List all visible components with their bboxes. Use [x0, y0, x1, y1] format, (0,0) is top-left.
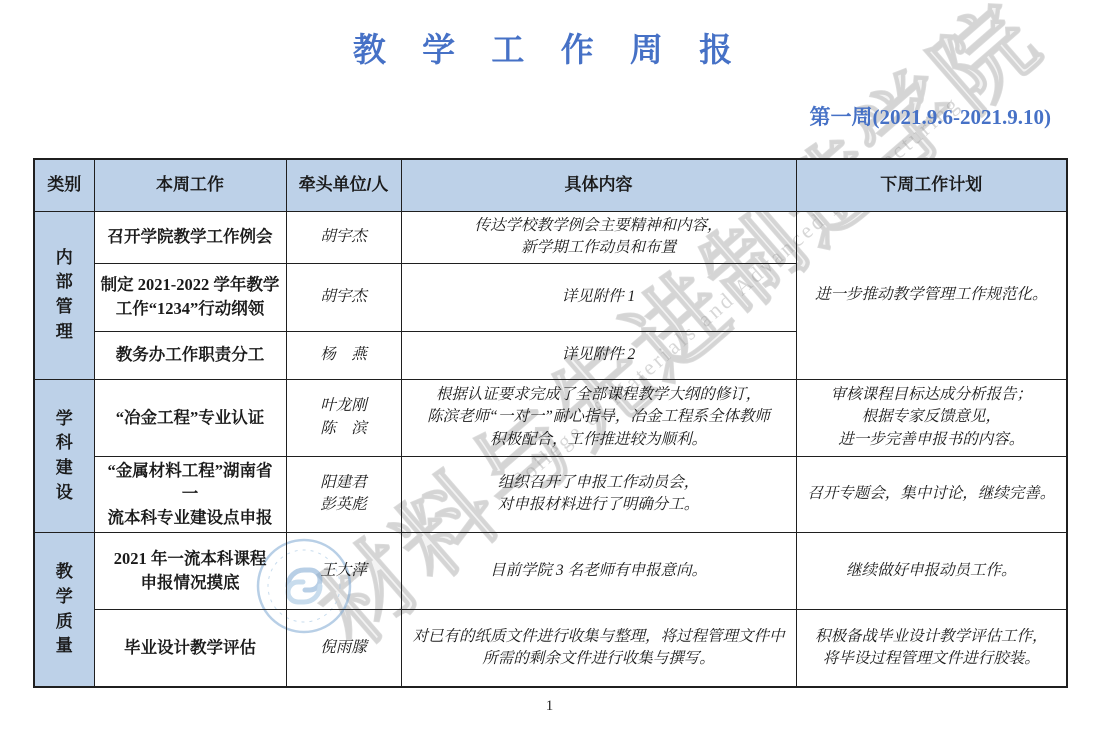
plan-cell: 继续做好申报动员工作。	[796, 533, 1067, 610]
work-cell: 2021 年一流本科课程 申报情况摸底	[94, 533, 286, 610]
page-number: 1	[0, 698, 1099, 715]
col-header-this-week-work: 本周工作	[94, 159, 286, 211]
content-cell: 组织召开了申报工作动员会， 对申报材料进行了明确分工。	[401, 456, 796, 533]
content-cell: 目前学院 3 名老师有申报意向。	[401, 533, 796, 610]
work-cell: 制定 2021-2022 学年教学 工作“1234”行动纲领	[94, 263, 286, 331]
content-cell: 根据认证要求完成了全部课程教学大纲的修订， 陈滨老师“一对一”耐心指导，冶金工程…	[401, 379, 796, 456]
work-cell: “冶金工程”专业认证	[94, 379, 286, 456]
plan-cell: 进一步推动教学管理工作规范化。	[796, 211, 1067, 379]
content-cell: 详见附件 2	[401, 331, 796, 379]
lead-cell: 杨 燕	[286, 331, 401, 379]
col-header-lead-person: 牵头单位/人	[286, 159, 401, 211]
category-label: 教学质量	[54, 560, 74, 659]
col-header-next-week-plan: 下周工作计划	[796, 159, 1067, 211]
plan-cell: 审核课程目标达成分析报告； 根据专家反馈意见， 进一步完善申报书的内容。	[796, 379, 1067, 456]
category-label: 内部管理	[54, 246, 74, 345]
page-title: 教 学 工 作 周 报	[0, 0, 1099, 71]
table-row: “金属材料工程”湖南省一 流本科专业建设点申报 阳建君 彭英彪 组织召开了申报工…	[34, 456, 1067, 533]
lead-cell: 胡宇杰	[286, 263, 401, 331]
content-cell: 详见附件 1	[401, 263, 796, 331]
work-cell: “金属材料工程”湖南省一 流本科专业建设点申报	[94, 456, 286, 533]
work-cell: 教务办工作职责分工	[94, 331, 286, 379]
report-period: 第一周(2021.9.6-2021.9.10)	[0, 101, 1099, 131]
lead-cell: 倪雨朦	[286, 610, 401, 687]
table-row: 内部管理 召开学院教学工作例会 胡宇杰 传达学校教学例会主要精神和内容， 新学期…	[34, 211, 1067, 263]
work-cell: 召开学院教学工作例会	[94, 211, 286, 263]
lead-cell: 王大萍	[286, 533, 401, 610]
table-row: 学科建设 “冶金工程”专业认证 叶龙刚 陈 滨 根据认证要求完成了全部课程教学大…	[34, 379, 1067, 456]
category-label: 学科建设	[54, 407, 74, 506]
category-cell-teaching-quality: 教学质量	[34, 533, 94, 687]
header-row: 类别 本周工作 牵头单位/人 具体内容 下周工作计划	[34, 159, 1067, 211]
col-header-details: 具体内容	[401, 159, 796, 211]
lead-cell: 阳建君 彭英彪	[286, 456, 401, 533]
category-cell-discipline-construction: 学科建设	[34, 379, 94, 533]
lead-cell: 叶龙刚 陈 滨	[286, 379, 401, 456]
report-content: 教 学 工 作 周 报 第一周(2021.9.6-2021.9.10) 类别 本…	[0, 0, 1099, 131]
category-cell-internal-management: 内部管理	[34, 211, 94, 379]
plan-cell: 积极备战毕业设计教学评估工作， 将毕设过程管理文件进行胶装。	[796, 610, 1067, 687]
work-cell: 毕业设计教学评估	[94, 610, 286, 687]
table-row: 毕业设计教学评估 倪雨朦 对已有的纸质文件进行收集与整理，将过程管理文件中 所需…	[34, 610, 1067, 687]
document-page: 材料与先进制造学院 College of Materials and Advan…	[0, 0, 1099, 733]
table-row: 教学质量 2021 年一流本科课程 申报情况摸底 王大萍 目前学院 3 名老师有…	[34, 533, 1067, 610]
col-header-category: 类别	[34, 159, 94, 211]
content-cell: 对已有的纸质文件进行收集与整理，将过程管理文件中 所需的剩余文件进行收集与撰写。	[401, 610, 796, 687]
lead-cell: 胡宇杰	[286, 211, 401, 263]
weekly-report-table: 类别 本周工作 牵头单位/人 具体内容 下周工作计划 内部管理 召开学院教学工作…	[33, 158, 1068, 688]
plan-cell: 召开专题会，集中讨论，继续完善。	[796, 456, 1067, 533]
content-cell: 传达学校教学例会主要精神和内容， 新学期工作动员和布置	[401, 211, 796, 263]
